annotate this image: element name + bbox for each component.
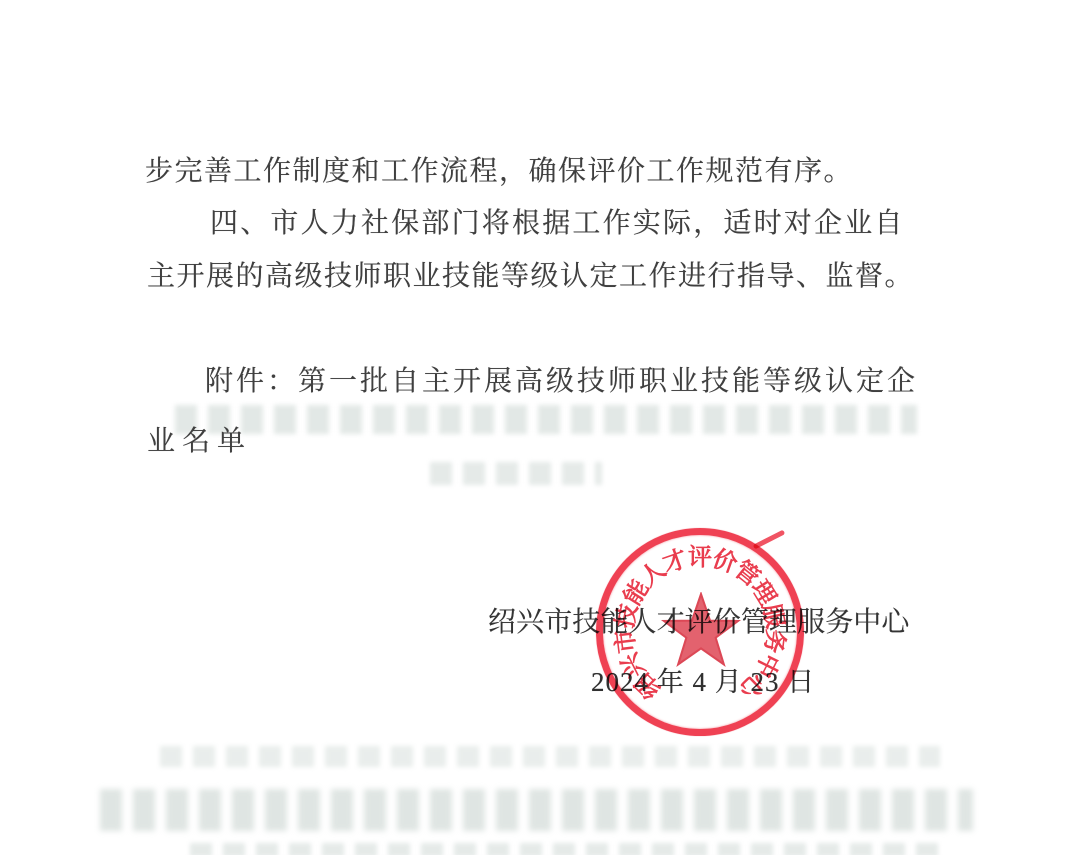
seal-arc-text: 绍兴市技能人才评价管理服务中心 <box>596 528 804 736</box>
body-line: 步完善工作制度和工作流程，确保评价工作规范有序。 <box>145 157 853 187</box>
bleed-through-row <box>430 462 602 485</box>
official-seal: 绍兴市技能人才评价管理服务中心 <box>596 528 804 736</box>
body-line: 四、市人力社保部门将根据工作实际，适时对企业自 <box>210 209 905 239</box>
attachment-line-continued: 业名单 <box>147 427 252 457</box>
body-line: 主开展的高级技师职业技能等级认定工作进行指导、监督。 <box>147 262 914 292</box>
bleed-through-row <box>160 746 940 767</box>
scanned-document-page: 步完善工作制度和工作流程，确保评价工作规范有序。 四、市人力社保部门将根据工作实… <box>0 0 1080 855</box>
bleed-through-row <box>175 405 917 434</box>
bleed-through-row <box>190 843 948 855</box>
attachment-line: 附件：第一批自主开展高级技师职业技能等级认定企 <box>205 367 918 397</box>
bleed-through-row <box>100 789 973 831</box>
